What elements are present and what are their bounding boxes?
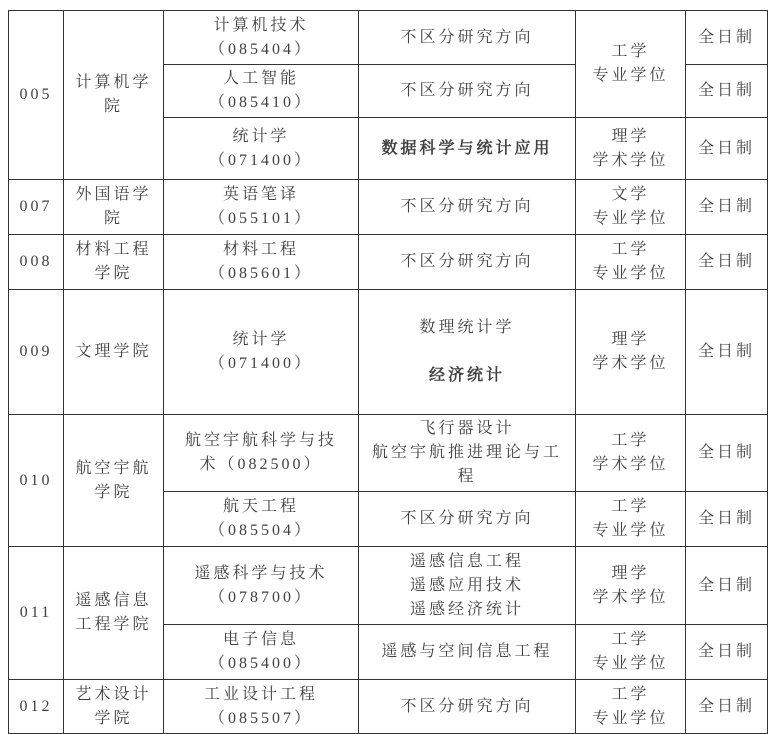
major-cell: 电子信息 （085400） xyxy=(164,625,359,680)
fulltime-cell: 全日制 xyxy=(686,118,768,180)
college-cell: 航空宇航 学院 xyxy=(64,415,164,547)
fulltime-cell: 全日制 xyxy=(686,65,768,118)
major-cell: 统计学 （071400） xyxy=(164,290,359,415)
table-row: 008 材料工程 学院 材料工程 （085601） 不区分研究方向 工学 专业学… xyxy=(9,235,768,290)
major-cell: 航天工程 （085504） xyxy=(164,492,359,547)
code-cell: 009 xyxy=(9,290,64,415)
code-cell: 005 xyxy=(9,11,64,180)
direction-cell: 遥感与空间信息工程 xyxy=(359,625,576,680)
document-page: 005 计算机学 院 计算机技术 （085404） 不区分研究方向 工学 专业学… xyxy=(8,10,768,734)
fulltime-cell: 全日制 xyxy=(686,235,768,290)
fulltime-cell: 全日制 xyxy=(686,415,768,492)
admissions-table: 005 计算机学 院 计算机技术 （085404） 不区分研究方向 工学 专业学… xyxy=(8,10,768,734)
direction-cell: 不区分研究方向 xyxy=(359,65,576,118)
degree-cell: 文学 专业学位 xyxy=(576,180,686,235)
direction-cell: 飞行器设计 航空宇航推进理论与工 程 xyxy=(359,415,576,492)
fulltime-cell: 全日制 xyxy=(686,547,768,625)
degree-cell: 工学 专业学位 xyxy=(576,235,686,290)
direction-line: 数理统计学 xyxy=(363,316,571,340)
college-cell: 材料工程 学院 xyxy=(64,235,164,290)
direction-cell: 不区分研究方向 xyxy=(359,180,576,235)
fulltime-cell: 全日制 xyxy=(686,290,768,415)
college-cell: 计算机学 院 xyxy=(64,11,164,180)
major-cell: 遥感科学与技术 （078700） xyxy=(164,547,359,625)
major-cell: 材料工程 （085601） xyxy=(164,235,359,290)
table-row: 009 文理学院 统计学 （071400） 数理统计学 经济统计 理学 学术学位… xyxy=(9,290,768,415)
direction-cell: 不区分研究方向 xyxy=(359,235,576,290)
code-cell: 008 xyxy=(9,235,64,290)
direction-line-bold: 经济统计 xyxy=(363,364,571,388)
degree-cell: 理学 学术学位 xyxy=(576,118,686,180)
direction-cell: 不区分研究方向 xyxy=(359,11,576,65)
degree-cell: 理学 学术学位 xyxy=(576,547,686,625)
college-cell: 外国语学 院 xyxy=(64,180,164,235)
degree-cell: 工学 专业学位 xyxy=(576,492,686,547)
major-cell: 统计学 （071400） xyxy=(164,118,359,180)
fulltime-cell: 全日制 xyxy=(686,625,768,680)
college-cell: 文理学院 xyxy=(64,290,164,415)
major-cell: 英语笔译 （055101） xyxy=(164,180,359,235)
degree-cell: 工学 专业学位 xyxy=(576,11,686,118)
degree-cell: 工学 专业学位 xyxy=(576,680,686,734)
code-cell: 007 xyxy=(9,180,64,235)
direction-cell: 数理统计学 经济统计 xyxy=(359,290,576,415)
fulltime-cell: 全日制 xyxy=(686,680,768,734)
college-cell: 遥感信息 工程学院 xyxy=(64,547,164,680)
code-cell: 011 xyxy=(9,547,64,680)
table-row: 007 外国语学 院 英语笔译 （055101） 不区分研究方向 文学 专业学位… xyxy=(9,180,768,235)
fulltime-cell: 全日制 xyxy=(686,180,768,235)
direction-cell: 数据科学与统计应用 xyxy=(359,118,576,180)
table-row: 010 航空宇航 学院 航空宇航科学与技 术（082500） 飞行器设计 航空宇… xyxy=(9,415,768,492)
major-cell: 航空宇航科学与技 术（082500） xyxy=(164,415,359,492)
degree-cell: 工学 学术学位 xyxy=(576,415,686,492)
code-cell: 012 xyxy=(9,680,64,734)
fulltime-cell: 全日制 xyxy=(686,492,768,547)
direction-cell: 遥感信息工程 遥感应用技术 遥感经济统计 xyxy=(359,547,576,625)
major-cell: 计算机技术 （085404） xyxy=(164,11,359,65)
table-row: 012 艺术设计 学院 工业设计工程 （085507） 不区分研究方向 工学 专… xyxy=(9,680,768,734)
direction-cell: 不区分研究方向 xyxy=(359,680,576,734)
college-cell: 艺术设计 学院 xyxy=(64,680,164,734)
code-cell: 010 xyxy=(9,415,64,547)
major-cell: 工业设计工程 （085507） xyxy=(164,680,359,734)
direction-cell: 不区分研究方向 xyxy=(359,492,576,547)
table-row: 005 计算机学 院 计算机技术 （085404） 不区分研究方向 工学 专业学… xyxy=(9,11,768,65)
degree-cell: 工学 专业学位 xyxy=(576,625,686,680)
fulltime-cell: 全日制 xyxy=(686,11,768,65)
major-cell: 人工智能 （085410） xyxy=(164,65,359,118)
table-row: 011 遥感信息 工程学院 遥感科学与技术 （078700） 遥感信息工程 遥感… xyxy=(9,547,768,625)
degree-cell: 理学 学术学位 xyxy=(576,290,686,415)
